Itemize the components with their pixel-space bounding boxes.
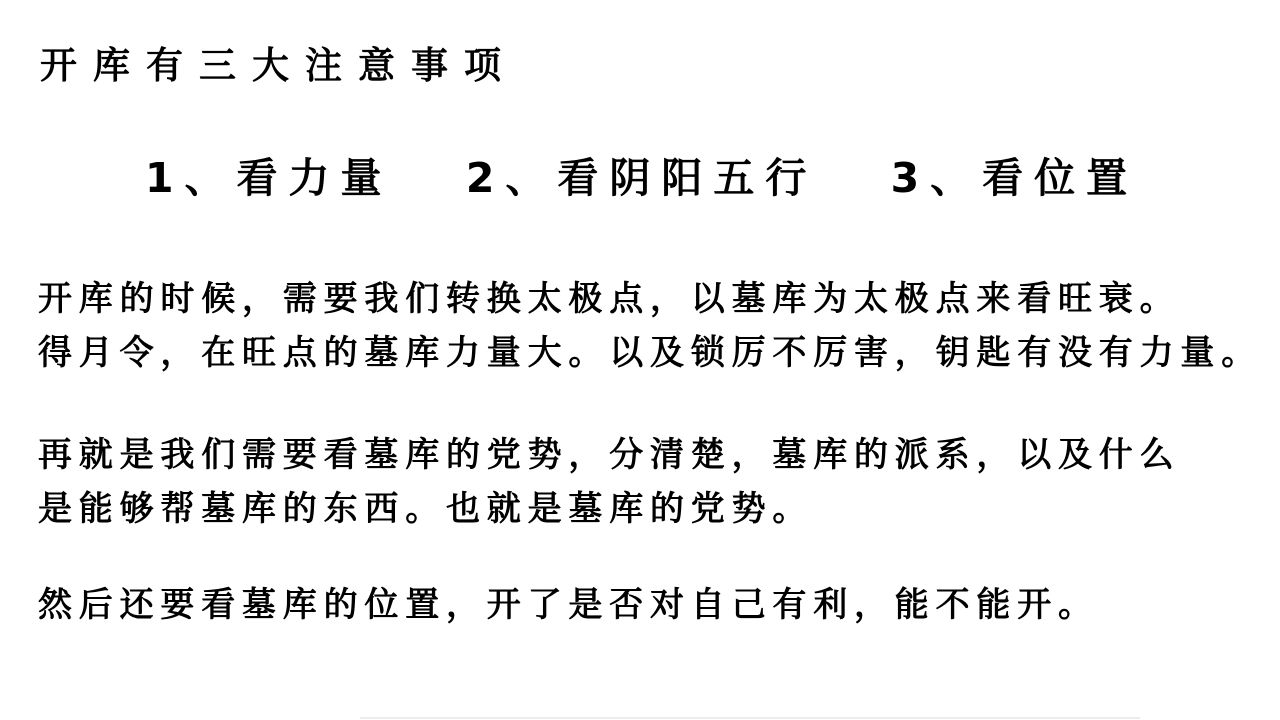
subtitle-item-1: 1、看力量 (145, 154, 393, 202)
paragraph-3-line-1: 然后还要看墓库的位置，开了是否对自己有利，能不能开。 (38, 578, 1099, 632)
page-title: 开库有三大注意事项 (40, 44, 517, 88)
subtitle-item-2: 2、看阴阳五行 (466, 154, 818, 202)
paragraph-2-line-1: 再就是我们需要看墓库的党势，分清楚，墓库的派系，以及什么 (38, 428, 1180, 482)
paragraph-1-line-2: 得月令，在旺点的墓库力量大。以及锁厉不厉害，钥匙有没有力量。 (38, 326, 1262, 380)
subtitle-item-3: 3、看位置 (891, 154, 1139, 202)
subtitle-list: 1、看力量 2、看阴阳五行 3、看位置 (145, 153, 1138, 203)
paragraph-2: 再就是我们需要看墓库的党势，分清楚，墓库的派系，以及什么 是能够帮墓库的东西。也… (38, 428, 1180, 536)
paragraph-2-line-2: 是能够帮墓库的东西。也就是墓库的党势。 (38, 482, 1180, 536)
slide: 开库有三大注意事项 1、看力量 2、看阴阳五行 3、看位置 开库的时候，需要我们… (0, 0, 1280, 720)
bottom-edge-line (360, 717, 1140, 719)
paragraph-3: 然后还要看墓库的位置，开了是否对自己有利，能不能开。 (38, 578, 1099, 632)
paragraph-1: 开库的时候，需要我们转换太极点，以墓库为太极点来看旺衰。 得月令，在旺点的墓库力… (38, 272, 1262, 380)
paragraph-1-line-1: 开库的时候，需要我们转换太极点，以墓库为太极点来看旺衰。 (38, 272, 1262, 326)
